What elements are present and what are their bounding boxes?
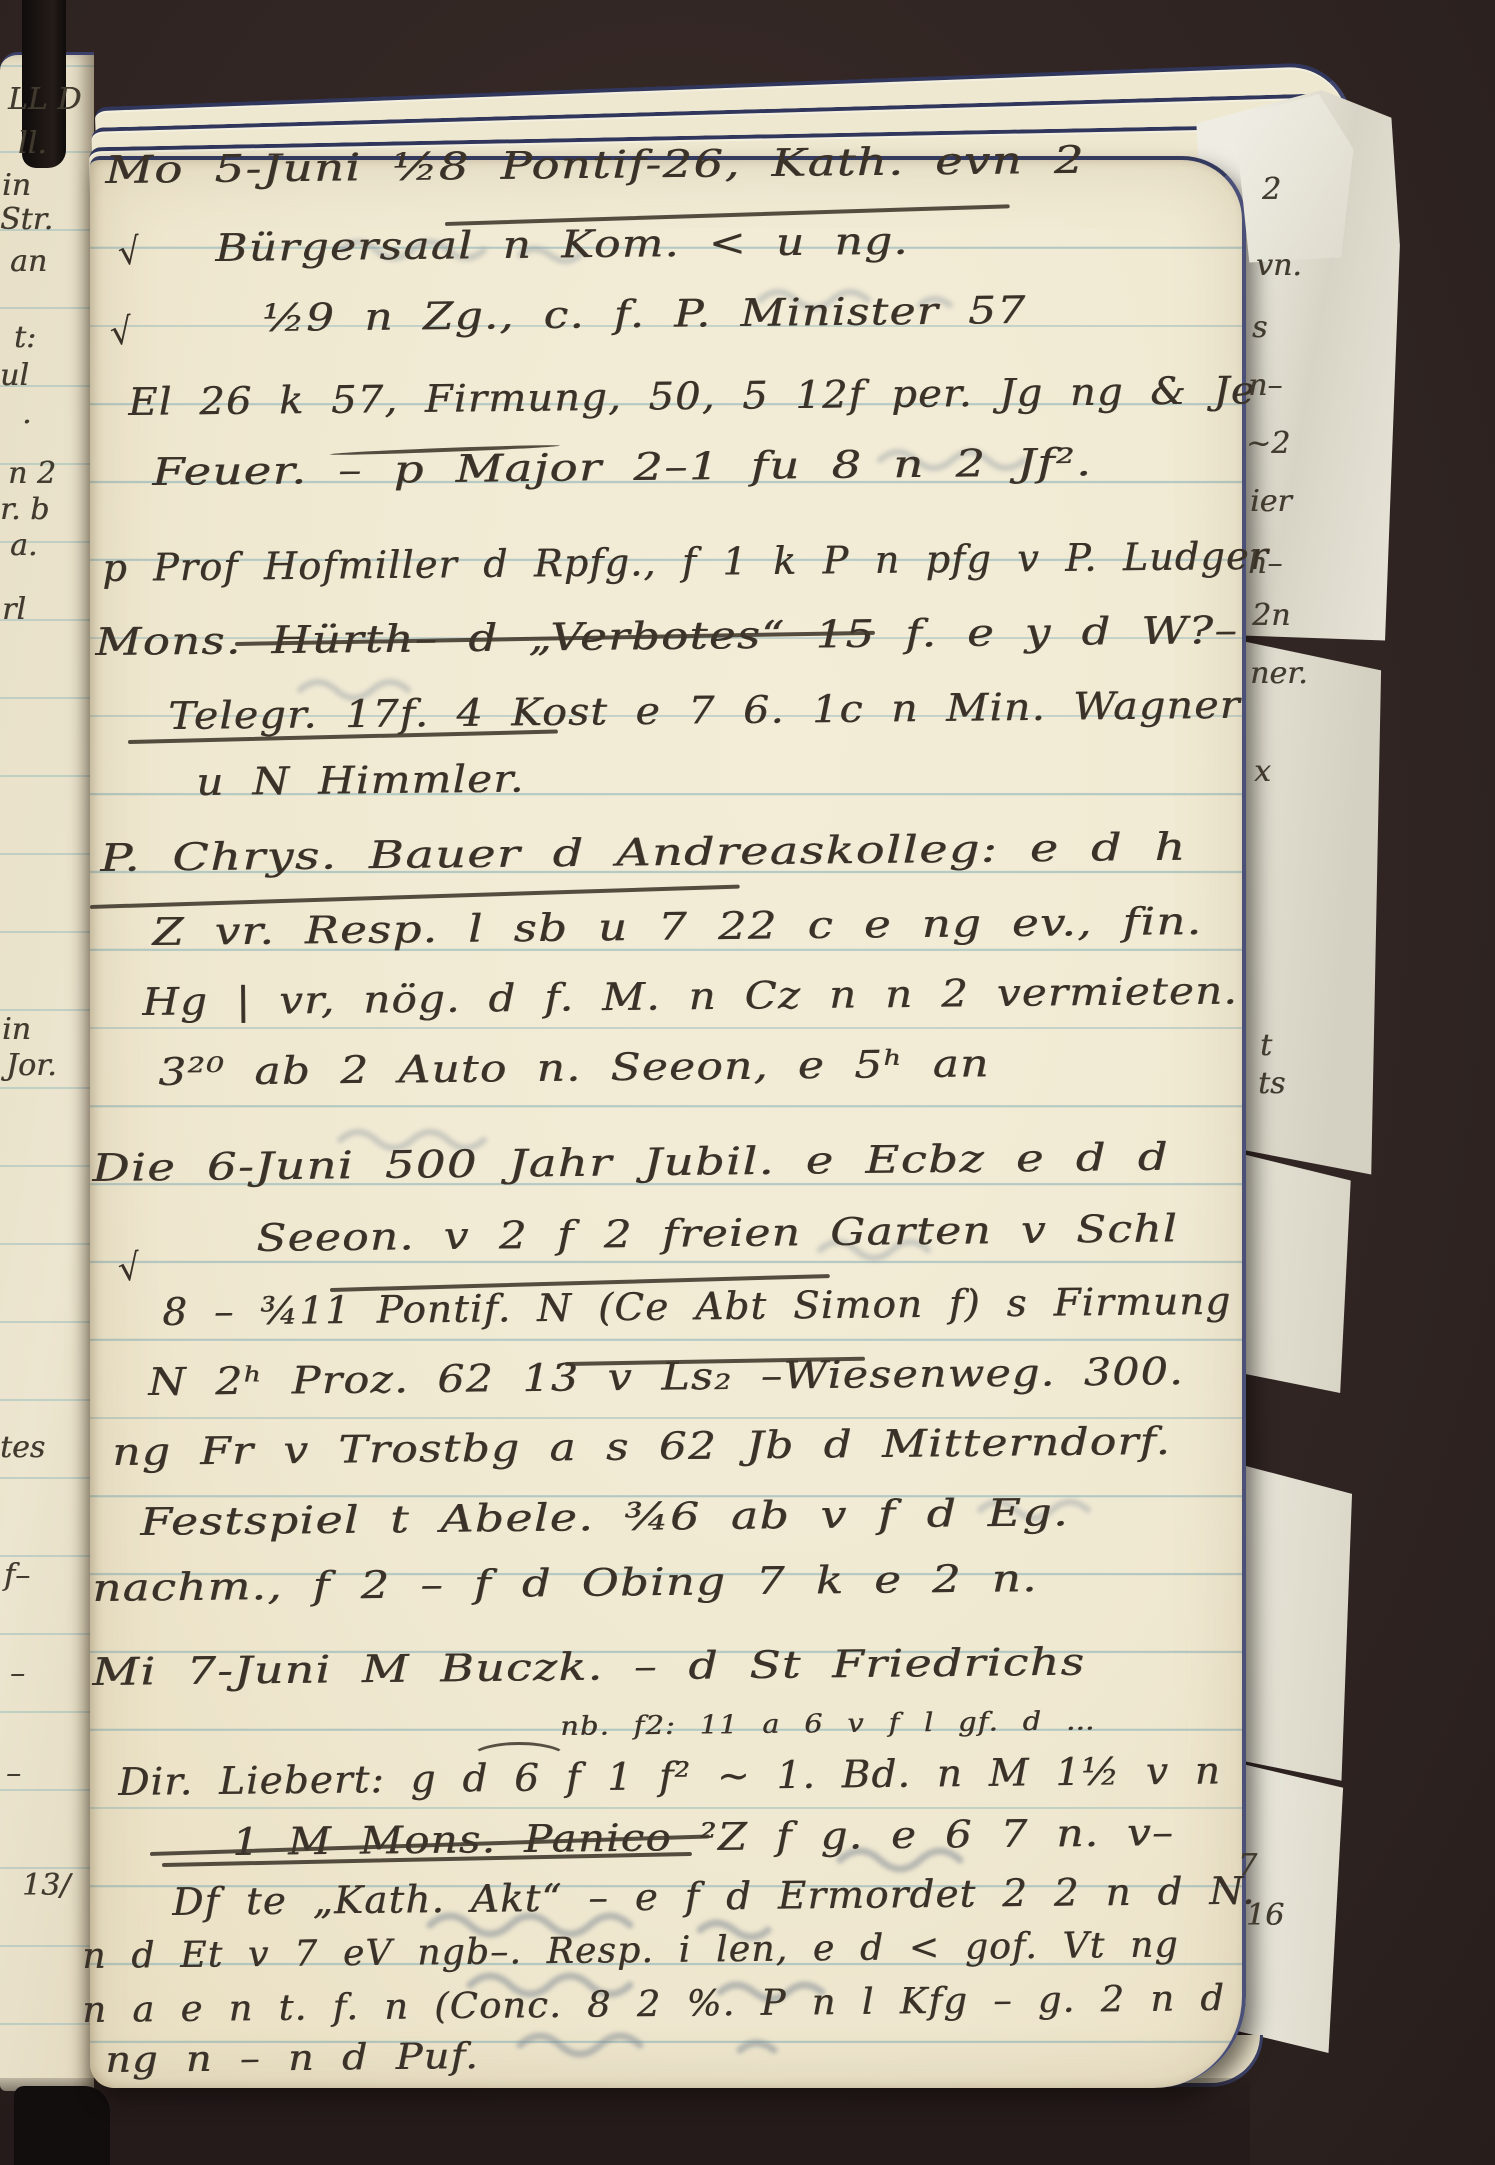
left-page-fragment: a. [10, 528, 37, 563]
fragment-text: ul [0, 358, 29, 393]
handwriting-line: ng n – n d Puf. [105, 2036, 479, 2081]
fragment-text: t: [14, 320, 36, 355]
right-page-fragment: s [1252, 310, 1267, 345]
handwriting-line: Bürgersaal n Kom. < u ng. [215, 219, 909, 270]
fragment-text: – [10, 1656, 25, 1691]
handwriting-text: u N Himmler. [196, 757, 525, 804]
left-page-fragment: n 2 [8, 456, 56, 491]
left-page-fragment: r. b [0, 492, 49, 527]
left-page-fragment: t: [14, 320, 36, 355]
left-page-fragment: 13/ [22, 1868, 70, 1903]
right-page-fragment: ner. [1250, 656, 1308, 691]
fragment-text: 2n [1252, 598, 1290, 633]
fragment-text: vn. [1256, 248, 1302, 283]
left-page-fragment: in [2, 168, 31, 203]
fragment-text: ner. [1250, 656, 1308, 691]
left-page-fragment: – [6, 1756, 21, 1791]
fragment-text: – [6, 1756, 21, 1791]
handwriting-text: ng n – n d Puf. [105, 2036, 479, 2081]
fragment-text: tes [0, 1430, 45, 1465]
left-page-fragment: Jor. [6, 1048, 57, 1083]
right-page-fragment: ier [1250, 484, 1292, 519]
fragment-text: Jor. [6, 1048, 57, 1083]
left-page-fragment: Str. [0, 202, 53, 237]
left-page-fragment: f– [4, 1558, 30, 1593]
fragment-text: LL D [8, 82, 81, 117]
fragment-text: n 2 [8, 456, 56, 491]
fragment-text: 16 [1246, 1898, 1284, 1933]
right-page-fragment: ~2 [1246, 426, 1290, 461]
left-page-fragment: ll. [18, 126, 47, 161]
fragment-text: 13/ [22, 1868, 70, 1903]
right-page-fragment: 2 [1262, 172, 1281, 207]
right-page-fragment: 16 [1246, 1898, 1284, 1933]
left-page-fragment: LL D [8, 82, 81, 117]
fragment-text: in [2, 1012, 31, 1047]
fragment-text: ~2 [1246, 426, 1290, 461]
fragment-text: f– [4, 1558, 30, 1593]
right-page-fragment: h– [1248, 546, 1282, 581]
fragment-text: a. [10, 528, 37, 563]
fragment-text: ll. [18, 126, 47, 161]
scanned-diary-page: { "document": { "kind": "Handwritten dia… [0, 0, 1495, 2165]
right-page-fragment: ts [1258, 1066, 1285, 1101]
handwriting-line: ½9 n Zg., c. f. P. Minister 57 [262, 288, 1027, 340]
right-page-fragment: vn. [1256, 248, 1302, 283]
left-page-fragment: . [22, 396, 32, 431]
binding-bottom [14, 2086, 110, 2165]
handwriting-text: 3²⁰ ab 2 Auto n. Seeon, e 5ʰ an [158, 1041, 990, 1094]
torn-tab [1222, 632, 1386, 1180]
fragment-text: 7 [1238, 1848, 1257, 1883]
bottom-shadow [0, 2078, 1250, 2165]
handwriting-text: Bürgersaal n Kom. < u ng. [215, 219, 909, 270]
handwriting-line: 3²⁰ ab 2 Auto n. Seeon, e 5ʰ an [158, 1041, 990, 1094]
fragment-text: Str. [0, 202, 53, 237]
handwriting-line: nb. f2: 11 a 6 v f l gf. d … [560, 1706, 1096, 1742]
right-page-fragment: 2n [1252, 598, 1290, 633]
fragment-text: 2 [1262, 172, 1281, 207]
right-page-fragment: x [1254, 754, 1271, 789]
fragment-text: s [1252, 310, 1267, 345]
fragment-text: rl [2, 592, 26, 627]
fragment-text: an [10, 244, 47, 279]
left-page-fragment: – [10, 1656, 25, 1691]
fragment-text: . [22, 396, 32, 431]
fragment-text: t [1260, 1028, 1272, 1063]
left-page-fragment: an [10, 244, 47, 279]
right-page-fragment: n– [1248, 368, 1282, 403]
handwriting-text: ½9 n Zg., c. f. P. Minister 57 [262, 288, 1027, 340]
left-page-fragment: tes [0, 1430, 45, 1465]
fragment-text: x [1254, 754, 1271, 789]
fragment-text: h– [1248, 546, 1282, 581]
handwriting-line: u N Himmler. [196, 757, 525, 804]
right-page-fragment: t [1260, 1028, 1272, 1063]
fragment-text: in [2, 168, 31, 203]
left-page-fragment: ul [0, 358, 29, 393]
fragment-text: ier [1250, 484, 1292, 519]
handwriting-text: nb. f2: 11 a 6 v f l gf. d … [560, 1706, 1096, 1742]
left-page-fragment: rl [2, 592, 26, 627]
fragment-text: ts [1258, 1066, 1285, 1101]
left-page-fragment: in [2, 1012, 31, 1047]
right-page-fragment: 7 [1238, 1848, 1257, 1883]
fragment-text: n– [1248, 368, 1282, 403]
caret-stroke-buczk [470, 1742, 568, 1774]
fragment-text: r. b [0, 492, 49, 527]
